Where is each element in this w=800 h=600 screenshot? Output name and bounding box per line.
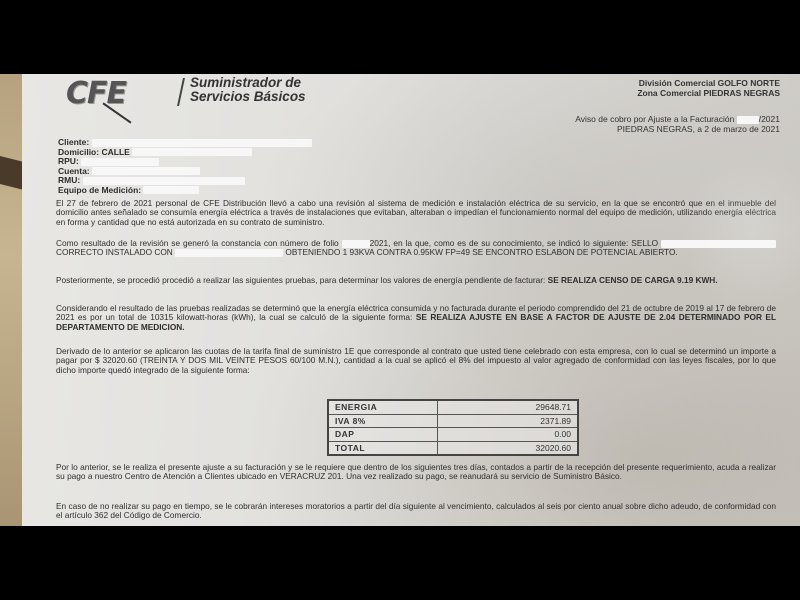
division-header: División Comercial GOLFO NORTE Zona Come… — [637, 78, 780, 98]
division-name: División Comercial GOLFO NORTE — [637, 78, 780, 88]
redacted-equipment — [175, 249, 283, 257]
customer-fields: Cliente: Domicilio: CALLE RPU: Cuenta: R… — [58, 138, 312, 195]
redacted-value — [81, 158, 159, 166]
amount-value: 0.00 — [438, 428, 579, 442]
document-photo: CFE Suministrador de Servicios Básicos D… — [0, 74, 800, 526]
amount-concept: DAP — [328, 428, 438, 442]
amount-concept: ENERGIA — [328, 400, 438, 414]
paragraph-calculation: Considerando el resultado de las pruebas… — [56, 304, 776, 332]
amount-value: 2371.89 — [438, 414, 579, 428]
paragraph-payment-request: Por lo anterior, se le realiza el presen… — [56, 463, 776, 482]
redacted-value — [132, 148, 252, 156]
paragraph-late-interest: En caso de no realizar su pago en tiempo… — [56, 502, 776, 521]
paragraph-inspection: El 27 de febrero de 2021 personal de CFE… — [56, 199, 776, 227]
fabric-stripe — [0, 156, 24, 190]
field-equipo-medicion: Equipo de Medición: — [58, 186, 312, 196]
amount-concept: TOTAL — [328, 441, 438, 455]
table-row: ENERGIA29648.71 — [328, 400, 578, 414]
field-domicilio: Domicilio: CALLE — [58, 148, 312, 158]
amount-concept: IVA 8% — [328, 414, 438, 428]
redacted-value — [92, 167, 200, 175]
amounts-table: ENERGIA29648.71IVA 8%2371.89DAP0.00TOTAL… — [327, 399, 579, 456]
field-cuenta: Cuenta: — [58, 167, 312, 177]
company-name: Suministrador de Servicios Básicos — [190, 76, 306, 104]
amount-value: 29648.71 — [438, 400, 579, 414]
table-row: IVA 8%2371.89 — [328, 414, 578, 428]
cfe-logo: CFE — [66, 76, 126, 111]
logo-separator — [177, 78, 185, 106]
cfe-billing-notice: CFE Suministrador de Servicios Básicos D… — [22, 74, 800, 526]
notice-title: Aviso de cobro por Ajuste a la Facturaci… — [575, 114, 780, 124]
field-rpu: RPU: — [58, 157, 312, 167]
amount-value: 32020.60 — [438, 441, 579, 455]
paragraph-tariff: Derivado de lo anterior se aplicaron las… — [56, 347, 776, 375]
paragraph-result: Como resultado de la revisión se generó … — [56, 239, 776, 258]
table-row: DAP0.00 — [328, 428, 578, 442]
paragraph-tests: Posteriormente, se procedió procedió a r… — [56, 276, 776, 285]
company-line-1: Suministrador de — [190, 76, 306, 90]
company-line-2: Servicios Básicos — [190, 90, 306, 104]
table-row: TOTAL32020.60 — [328, 441, 578, 455]
notice-header: Aviso de cobro por Ajuste a la Facturaci… — [575, 114, 780, 134]
zone-name: Zona Comercial PIEDRAS NEGRAS — [637, 88, 780, 98]
redacted-value — [143, 186, 199, 194]
place-date: PIEDRAS NEGRAS, a 2 de marzo de 2021 — [575, 124, 780, 134]
redacted-folio — [737, 116, 759, 124]
light-glare — [682, 154, 800, 314]
